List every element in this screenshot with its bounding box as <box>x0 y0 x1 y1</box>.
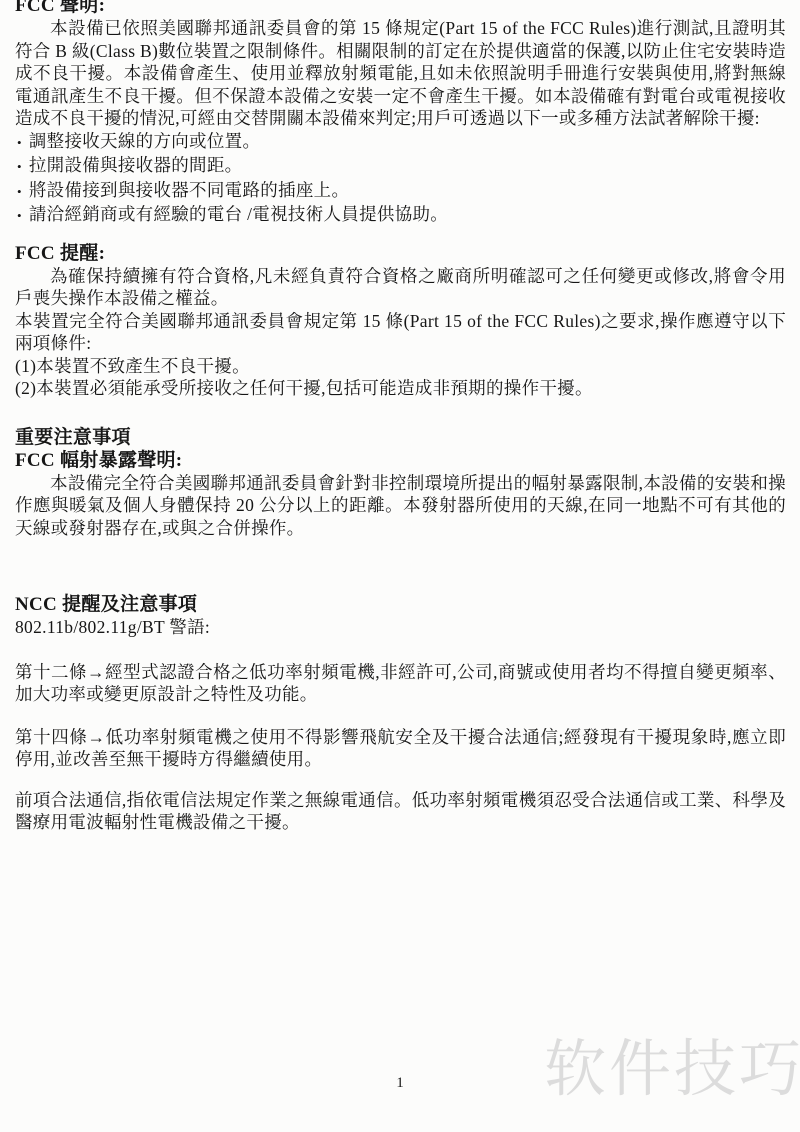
bullet-marker: • <box>17 181 22 204</box>
document-page: FCC 聲明: 本設備已依照美國聯邦通訊委員會的第 15 條規定(Part 15… <box>0 0 800 1132</box>
paragraph-condition-1: (1)本裝置不致產生不良干擾。 <box>15 355 786 378</box>
bullet-marker: • <box>17 132 22 155</box>
bullet-item: • 拉開設備與接收器的間距。 <box>17 154 786 179</box>
paragraph-radiation-exposure: 本設備完全符合美國聯邦通訊委員會針對非控制環境所提出的幅射暴露限制,本設備的安裝… <box>15 472 786 540</box>
bullet-text: 調整接收天線的方向或位置。 <box>29 130 260 153</box>
heading-fcc-statement: FCC 聲明: <box>15 0 786 17</box>
heading-fcc-radiation-exposure: FCC 幅射暴露聲明: <box>15 449 786 472</box>
bullet-marker: • <box>17 205 22 228</box>
paragraph-fcc-statement: 本設備已依照美國聯邦通訊委員會的第 15 條規定(Part 15 of the … <box>15 17 786 130</box>
paragraph-fcc-caution-2: 本裝置完全符合美國聯邦通訊委員會規定第 15 條(Part 15 of the … <box>15 310 786 355</box>
paragraph-legal-communication: 前項合法通信,指依電信法規定作業之無線電通信。低功率射頻電機須忍受合法通信或工業… <box>15 789 786 834</box>
heading-ncc-notice: NCC 提醒及注意事項 <box>15 593 786 616</box>
paragraph-fcc-caution-1: 為確保持續擁有符合資格,凡未經負責符合資格之廠商所明確認可之任何變更或修改,將會… <box>15 265 786 310</box>
bullet-text: 將設備接到與接收器不同電路的插座上。 <box>29 179 349 202</box>
bullet-marker: • <box>17 156 22 179</box>
bullet-item: • 調整接收天線的方向或位置。 <box>17 130 786 155</box>
subheading-wireless-warning: 802.11b/802.11g/BT 警語: <box>15 616 786 639</box>
bullet-item: • 將設備接到與接收器不同電路的插座上。 <box>17 179 786 204</box>
watermark: 软件技巧 <box>544 1036 800 1102</box>
bullet-text: 請洽經銷商或有經驗的電台 /電視技術人員提供協助。 <box>29 203 448 226</box>
heading-fcc-caution: FCC 提醒: <box>15 242 786 265</box>
bullet-item: • 請洽經銷商或有經驗的電台 /電視技術人員提供協助。 <box>17 203 786 228</box>
fcc-remedy-bullet-list: • 調整接收天線的方向或位置。 • 拉開設備與接收器的間距。 • 將設備接到與接… <box>15 130 786 228</box>
paragraph-article-12: 第十二條→經型式認證合格之低功率射頻電機,非經許可,公司,商號或使用者均不得擅自… <box>15 661 786 706</box>
heading-important-notice: 重要注意事項 <box>15 426 786 449</box>
bullet-text: 拉開設備與接收器的間距。 <box>29 154 243 177</box>
paragraph-condition-2: (2)本裝置必須能承受所接收之任何干擾,包括可能造成非預期的操作干擾。 <box>15 377 786 400</box>
paragraph-article-14: 第十四條→低功率射頻電機之使用不得影響飛航安全及干擾合法通信;經發現有干擾現象時… <box>15 726 786 771</box>
